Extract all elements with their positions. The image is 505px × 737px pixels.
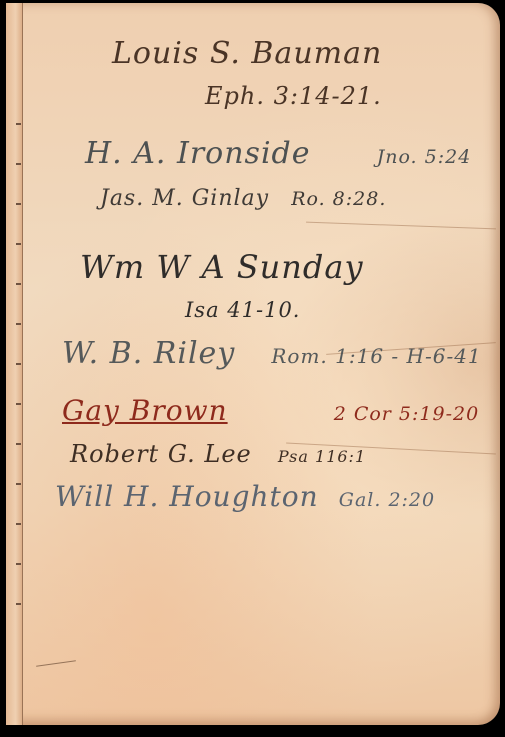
signature-entry: Wm W A Sunday: [80, 248, 364, 286]
verse-reference-text: Isa 41-10.: [185, 298, 300, 322]
signature-name: Louis S. Bauman: [112, 36, 382, 71]
binding-stitch: [16, 243, 21, 245]
signature-name: Gay Brown: [62, 394, 228, 427]
signature-name: Will H. Houghton: [55, 480, 319, 513]
binding-stitch: [16, 123, 21, 125]
signature-entry: W. B. Riley Rom. 1:16 - H-6-41: [62, 336, 482, 371]
signature-name: H. A. Ironside: [85, 136, 311, 171]
binding-stitch: [16, 483, 21, 485]
binding-stitch: [16, 403, 21, 405]
signature-entry: Gay Brown 2 Cor 5:19-20: [62, 394, 479, 427]
binding-stitch: [16, 203, 21, 205]
signature-entry: Jas. M. Ginlay Ro. 8:28.: [100, 186, 386, 211]
binding-stitch: [16, 163, 21, 165]
verse-reference-text: Jno. 5:24: [377, 146, 472, 168]
verse-reference-text: Ro. 8:28.: [291, 188, 386, 210]
signature-name: Jas. M. Ginlay: [100, 186, 269, 211]
verse-reference-text: Rom. 1:16 - H-6-41: [271, 344, 481, 368]
signature-entry: H. A. Ironside Jno. 5:24: [85, 136, 471, 171]
signature-entry: Will H. Houghton Gal. 2:20: [55, 480, 435, 513]
signature-name: Robert G. Lee: [70, 440, 252, 468]
paper-crease: [306, 222, 496, 230]
verse-reference-text: Psa 116:1: [278, 447, 366, 466]
verse-reference-text: Eph. 3:14-21.: [205, 82, 382, 110]
binding-stitch: [16, 363, 21, 365]
paper-tear: [36, 660, 76, 667]
verse-reference-text: Gal. 2:20: [339, 489, 435, 511]
binding-stitch: [16, 283, 21, 285]
signature-entry: Robert G. Lee Psa 116:1: [70, 440, 366, 468]
verse-reference: Eph. 3:14-21.: [205, 82, 382, 110]
binding-stitch: [16, 563, 21, 565]
binding-stitch: [16, 443, 21, 445]
verse-reference: Isa 41-10.: [185, 298, 300, 322]
verse-reference-text: 2 Cor 5:19-20: [334, 403, 480, 425]
binding-stitch: [16, 523, 21, 525]
signature-name: W. B. Riley: [62, 336, 235, 371]
signature-name: Wm W A Sunday: [80, 248, 364, 286]
binding-stitch: [16, 603, 21, 605]
binding-stitch: [16, 323, 21, 325]
signature-entry: Louis S. Bauman: [112, 36, 382, 71]
